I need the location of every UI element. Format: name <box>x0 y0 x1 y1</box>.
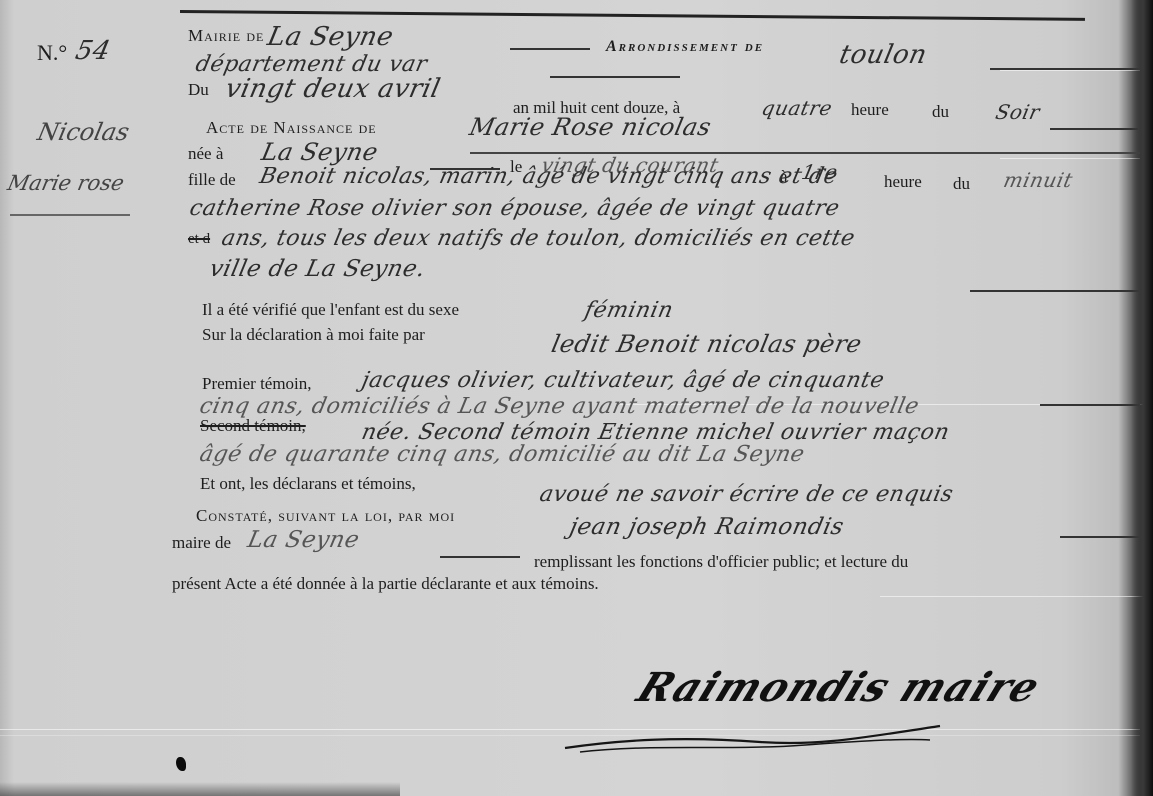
declarants-underline <box>1060 536 1142 538</box>
sexe-value: féminin <box>582 298 675 323</box>
parents-line-2: catherine Rose olivier son épouse, âgée … <box>187 196 842 221</box>
witness-line-4: âgé de quarante cinq ans, domicilié au d… <box>197 442 807 467</box>
margin-underline <box>10 214 130 216</box>
remplissant-text: remplissant les fonctions d'officier pub… <box>534 552 908 572</box>
du-label-3: du <box>953 174 970 194</box>
hour-label: heure <box>851 100 889 120</box>
heure-label: heure <box>884 172 922 192</box>
du-label: Du <box>188 80 209 100</box>
parents-line-4: ville de La Seyne. <box>207 256 428 282</box>
maire-place-underline <box>440 556 520 558</box>
birth-place-value: La Seyne <box>259 138 381 166</box>
declaration-label: Sur la déclaration à moi faite par <box>202 325 425 345</box>
lecture-text: présent Acte a été donnée à la partie dé… <box>172 574 599 594</box>
nee-label: née à <box>188 144 223 164</box>
du-label-2: du <box>932 102 949 122</box>
arrondissement-label: Arrondissement de <box>606 38 764 56</box>
signature-flourish <box>560 700 960 760</box>
declarants-value: avoué ne savoir écrire de ce enquis <box>537 482 955 507</box>
declarant-value: ledit Benoit nicolas père <box>549 330 865 358</box>
maire-label: maire de <box>172 533 231 553</box>
ink-blot <box>176 757 186 771</box>
maire-place-value: La Seyne <box>245 527 362 553</box>
birth-period-value: minuit <box>1001 168 1075 192</box>
child-name: Marie Rose nicolas <box>467 113 714 141</box>
record-number-value: 54 <box>73 36 113 66</box>
record-number-label: N.° <box>37 40 67 66</box>
scan-artifact <box>1000 158 1140 159</box>
parents-line-1: Benoit nicolas, marin, âgé de vingt cinq… <box>257 164 840 189</box>
witness-line-2: cinq ans, domiciliés à La Seyne ayant ma… <box>197 394 921 419</box>
page-bottom-shadow <box>0 782 400 796</box>
scan-artifact <box>880 596 1150 597</box>
second-temoin-label: Second témoin, <box>200 416 306 436</box>
officer-value: jean joseph Raimondis <box>567 514 846 540</box>
mairie-underline <box>510 48 590 50</box>
header-top-rule <box>180 10 1085 21</box>
premier-temoin-value: jacques olivier, cultivateur, âgé de cin… <box>359 368 886 393</box>
scan-artifact <box>1000 70 1140 71</box>
departement-underline <box>550 76 680 78</box>
margin-surname: Nicolas <box>35 118 132 146</box>
arrondissement-value: toulon <box>837 40 930 70</box>
declarants-label: Et ont, les déclarans et témoins, <box>200 474 416 494</box>
margin-given-names: Marie rose <box>5 171 126 195</box>
parents-underline <box>970 290 1140 292</box>
constate-label: Constaté, suivant la loi, par moi <box>196 506 455 526</box>
parents-line-3: ans, tous les deux natifs de toulon, dom… <box>219 226 857 251</box>
struck-text: et d <box>188 231 210 248</box>
register-page: N.° 54 Nicolas Marie rose Mairie de La S… <box>0 0 1153 796</box>
mairie-value: La Seyne <box>265 22 396 52</box>
page-binding-shadow <box>1131 0 1153 796</box>
date-value: vingt deux avril <box>223 74 443 104</box>
period-underline <box>1050 128 1138 130</box>
premier-underline <box>1040 404 1140 406</box>
premier-temoin-label: Premier témoin, <box>202 374 312 394</box>
period-value: Soir <box>993 100 1042 124</box>
sexe-label: Il a été vérifié que l'enfant est du sex… <box>202 300 459 320</box>
acte-label: Acte de Naissance de <box>206 118 377 138</box>
mairie-label: Mairie de <box>188 26 264 46</box>
hour-value: quatre <box>759 96 834 120</box>
fille-label: fille de <box>188 170 236 190</box>
arrondissement-underline <box>990 68 1140 70</box>
